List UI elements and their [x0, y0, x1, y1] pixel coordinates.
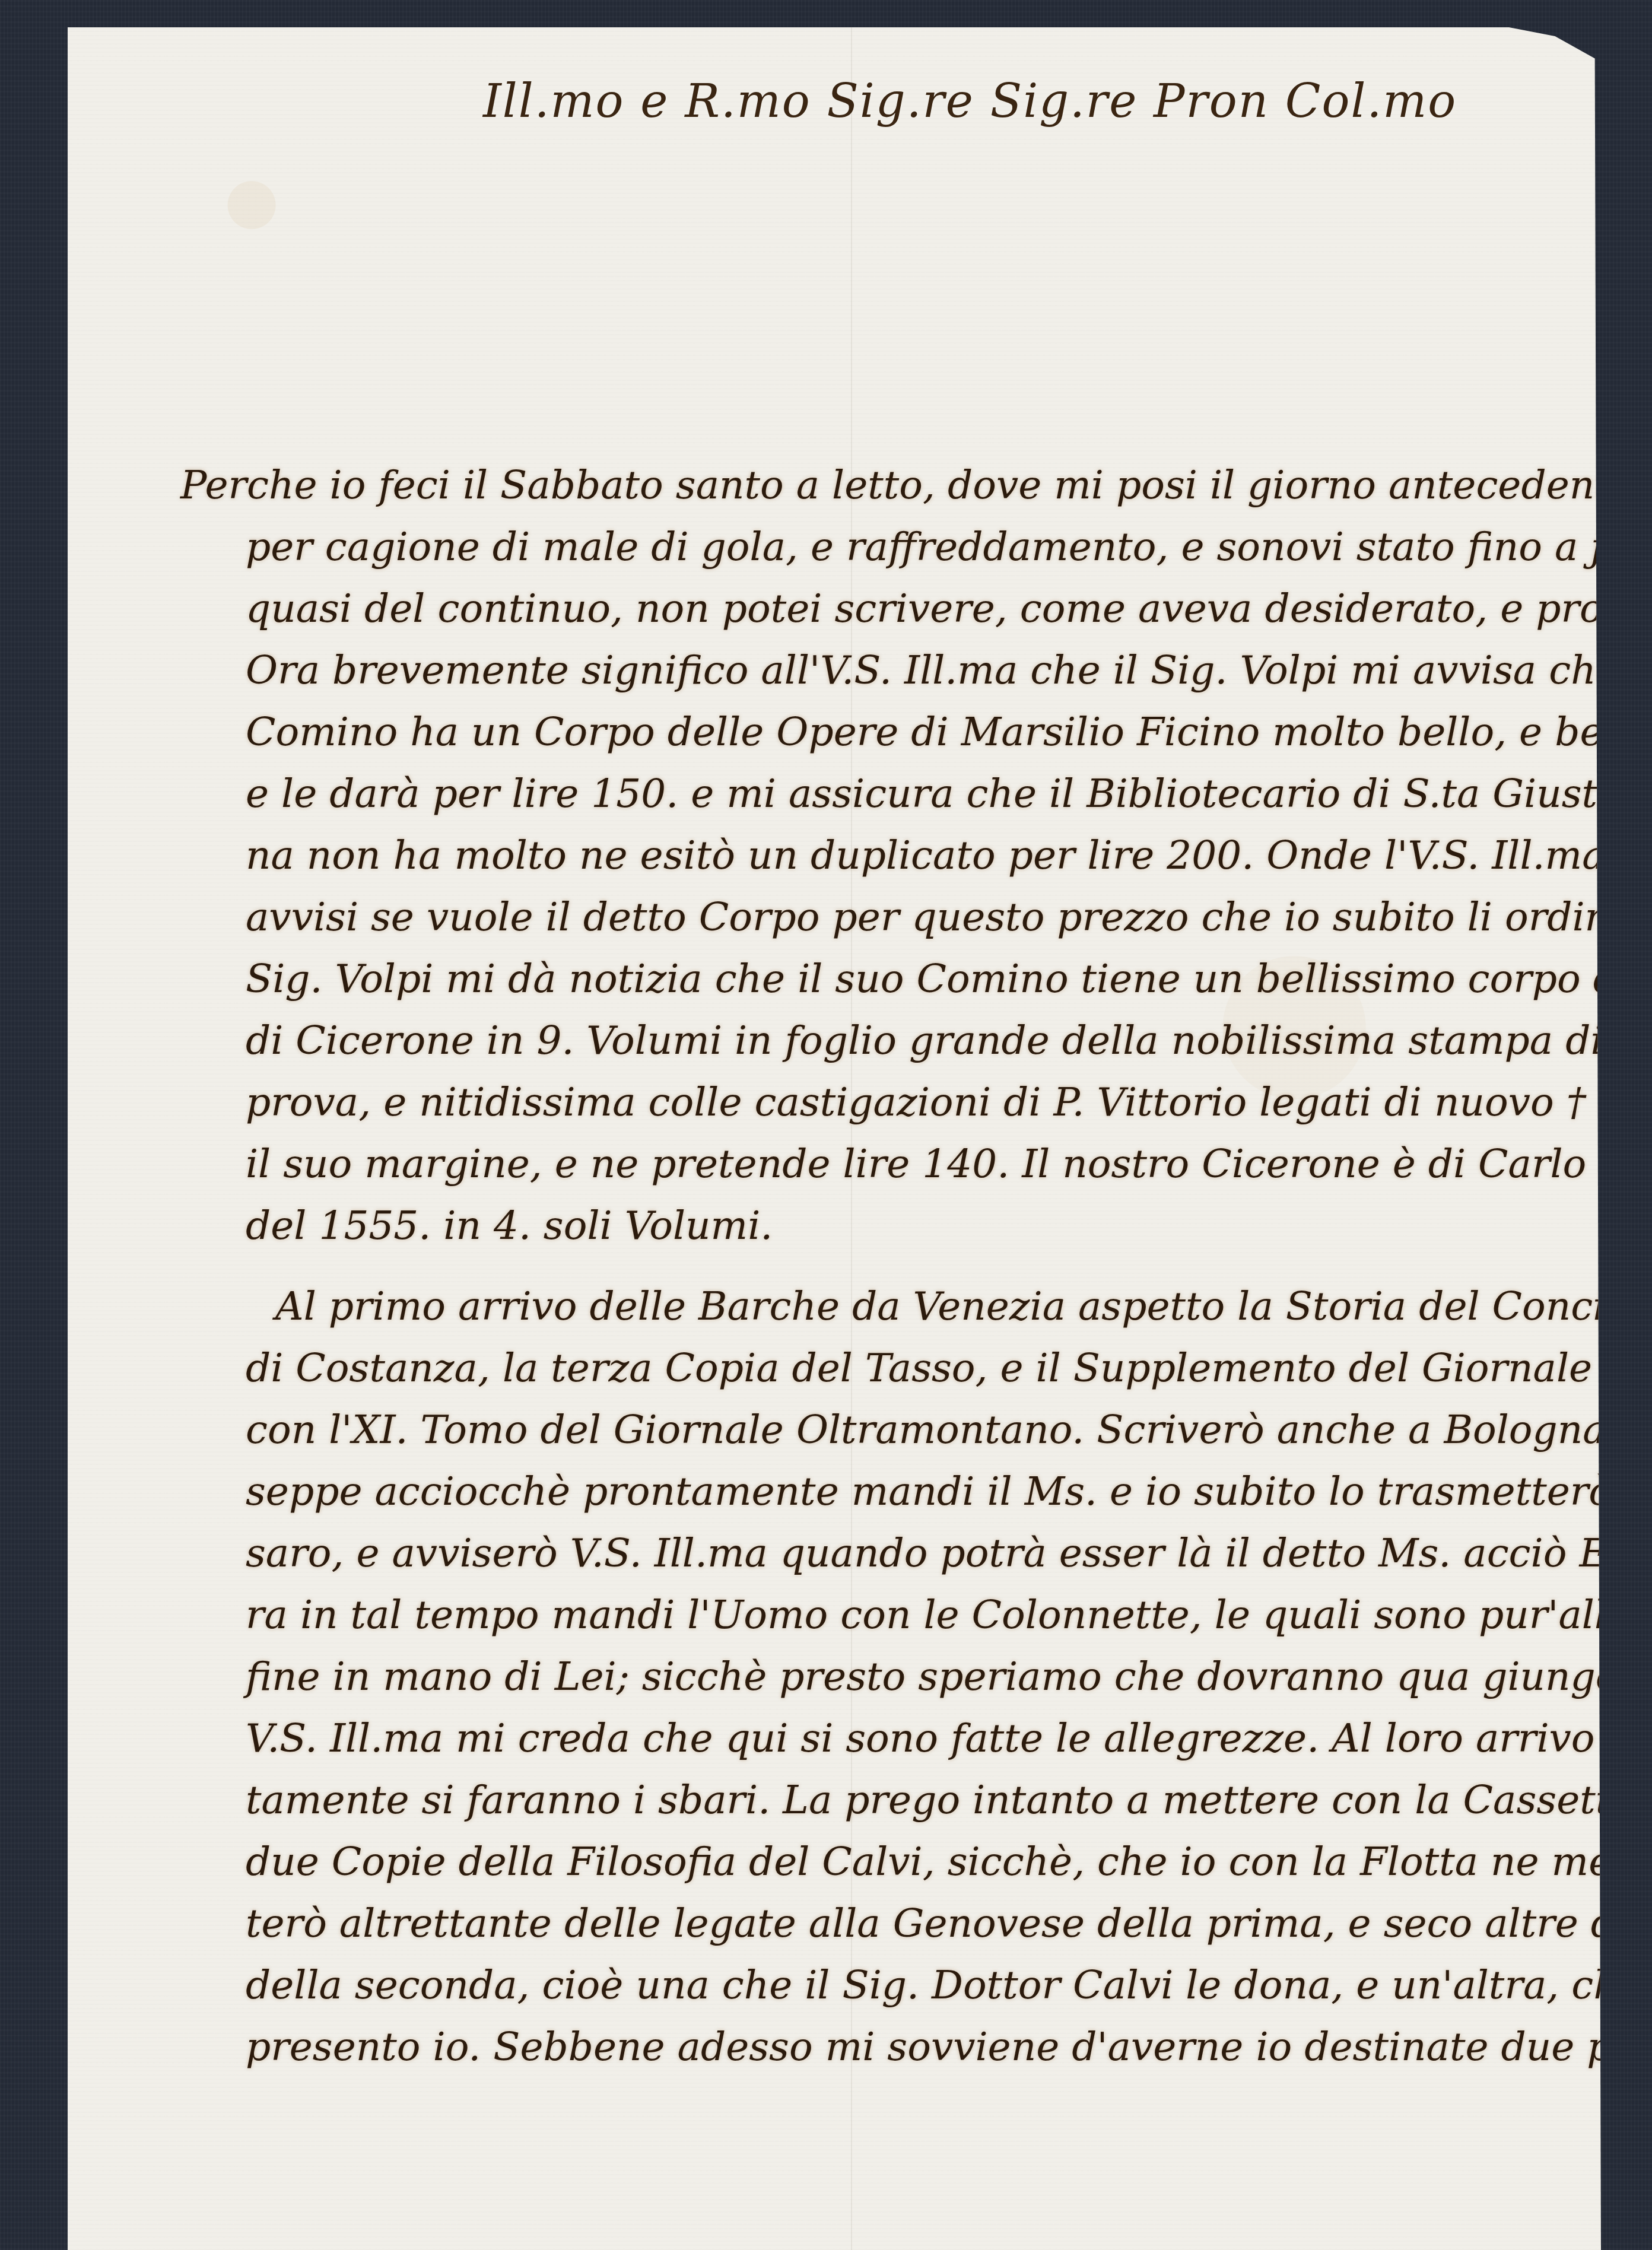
text-line: seppe acciocchè prontamente mandi il Ms.…: [180, 1461, 1646, 1523]
text-line: della seconda, cioè una che il Sig. Dott…: [180, 1955, 1646, 2016]
text-line: prova, e nitidissima colle castigazioni …: [180, 1072, 1646, 1133]
text-line: Al primo arrivo delle Barche da Venezia …: [180, 1276, 1646, 1337]
text-line: del 1555. in 4. soli Volumi.: [180, 1195, 1646, 1257]
text-line: presento io. Sebbene adesso mi sovviene …: [180, 2016, 1646, 2078]
text-line: avvisi se vuole il detto Corpo per quest…: [180, 886, 1646, 948]
text-line: fine in mano di Lei; sicchè presto speri…: [180, 1646, 1646, 1708]
text-line: na non ha molto ne esitò un duplicato pe…: [180, 825, 1646, 886]
text-line: Ora brevemente significo all'V.S. Ill.ma…: [180, 640, 1646, 701]
text-line: di Cicerone in 9. Volumi in foglio grand…: [180, 1010, 1646, 1072]
manuscript-page: Ill.mo e R.mo Sig.re Sig.re Pron Col.mo …: [68, 27, 1601, 2250]
text-line: Sig. Volpi mi dà notizia che il suo Comi…: [180, 948, 1646, 1010]
text-line: con l'XI. Tomo del Giornale Oltramontano…: [180, 1399, 1646, 1461]
text-line: terò altrettante delle legate alla Genov…: [180, 1893, 1646, 1955]
text-line: quasi del continuo, non potei scrivere, …: [180, 578, 1646, 640]
text-line: ra in tal tempo mandi l'Uomo con le Colo…: [180, 1584, 1646, 1646]
text-line: per cagione di male di gola, e raffredda…: [180, 516, 1646, 578]
text-line: di Costanza, la terza Copia del Tasso, e…: [180, 1337, 1646, 1399]
text-line: Comino ha un Corpo delle Opere di Marsil…: [180, 701, 1646, 763]
paragraph-1: Perche io feci il Sabbato santo a letto,…: [180, 455, 1646, 1257]
text-line: e le darà per lire 150. e mi assicura ch…: [180, 763, 1646, 825]
letter-body: Perche io feci il Sabbato santo a letto,…: [180, 455, 1646, 2078]
text-line: due Copie della Filosofia del Calvi, sic…: [180, 1831, 1646, 1893]
paragraph-2: Al primo arrivo delle Barche da Venezia …: [180, 1276, 1646, 2078]
text-line: saro, e avviserò V.S. Ill.ma quando potr…: [180, 1523, 1646, 1584]
text-line: il suo margine, e ne pretende lire 140. …: [180, 1133, 1646, 1195]
salutation-heading: Ill.mo e R.mo Sig.re Sig.re Pron Col.mo: [483, 75, 1195, 128]
text-line: Perche io feci il Sabbato santo a letto,…: [180, 455, 1646, 516]
text-line: tamente si faranno i sbari. La prego int…: [180, 1769, 1646, 1831]
text-line: V.S. Ill.ma mi creda che qui si sono fat…: [180, 1708, 1646, 1769]
